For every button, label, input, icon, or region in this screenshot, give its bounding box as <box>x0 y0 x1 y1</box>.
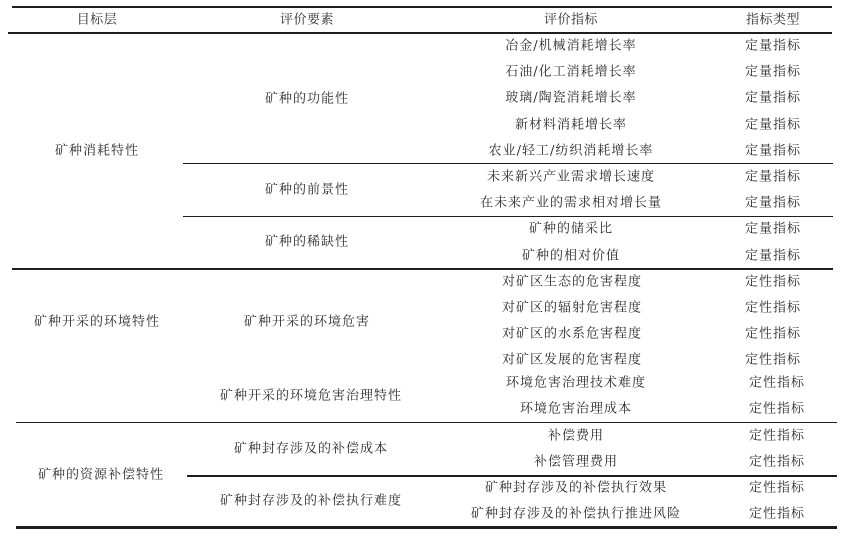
indicator-cell: 对矿区生态的危害程度 <box>502 276 642 289</box>
group-divider <box>12 268 833 270</box>
element-divider <box>183 163 833 164</box>
element-cell: 矿种的稀缺性 <box>265 236 349 249</box>
type-cell: 定量指标 <box>745 250 801 263</box>
element-cell: 矿种封存涉及的补偿成本 <box>234 443 388 456</box>
type-cell: 定量指标 <box>745 119 801 132</box>
indicator-cell: 石油/化工消耗增长率 <box>505 66 636 79</box>
header-indicator-type: 指标类型 <box>746 14 800 27</box>
header-evaluation-element: 评价要素 <box>280 14 334 27</box>
indicator-cell: 农业/轻工/纺织消耗增长率 <box>489 145 654 158</box>
type-cell: 定量指标 <box>745 145 801 158</box>
type-cell: 定性指标 <box>745 302 801 315</box>
type-cell: 定性指标 <box>749 456 805 469</box>
type-cell: 定性指标 <box>749 482 805 495</box>
group-divider <box>16 422 837 423</box>
indicator-cell: 补偿费用 <box>548 430 604 443</box>
type-cell: 定量指标 <box>745 171 801 184</box>
type-cell: 定性指标 <box>749 377 805 390</box>
target-cell: 矿种开采的环境特性 <box>34 316 160 329</box>
indicator-cell: 对矿区的辐射危害程度 <box>502 302 642 315</box>
header-target-layer: 目标层 <box>77 14 118 27</box>
header-evaluation-indicator: 评价指标 <box>544 14 598 27</box>
indicator-cell: 玻璃/陶瓷消耗增长率 <box>505 92 636 105</box>
element-cell: 矿种开采的环境危害 <box>244 316 370 329</box>
indicator-cell: 冶金/机械消耗增长率 <box>505 40 636 53</box>
element-cell: 矿种的功能性 <box>265 93 349 106</box>
type-cell: 定量指标 <box>745 66 801 79</box>
indicator-cell: 环境危害治理成本 <box>520 403 632 416</box>
indicator-cell: 矿种的储采比 <box>529 223 613 236</box>
indicator-cell: 对矿区发展的危害程度 <box>502 354 642 367</box>
type-cell: 定性指标 <box>745 276 801 289</box>
type-cell: 定性指标 <box>745 354 801 367</box>
type-cell: 定量指标 <box>745 197 801 210</box>
indicator-cell: 补偿管理费用 <box>534 456 618 469</box>
indicator-cell: 矿种的相对价值 <box>522 250 620 263</box>
indicator-cell: 矿种封存涉及的补偿执行推进风险 <box>471 508 681 521</box>
indicator-cell: 在未来产业的需求相对增长量 <box>480 197 662 210</box>
indicator-cell: 未来新兴产业需求增长速度 <box>487 171 655 184</box>
element-cell: 矿种开采的环境危害治理特性 <box>220 390 402 403</box>
element-cell: 矿种的前景性 <box>265 184 349 197</box>
element-cell: 矿种封存涉及的补偿执行难度 <box>220 495 402 508</box>
element-divider <box>187 475 837 477</box>
type-cell: 定性指标 <box>749 508 805 521</box>
indicator-cell: 矿种封存涉及的补偿执行效果 <box>485 482 667 495</box>
type-cell: 定性指标 <box>749 430 805 443</box>
target-cell: 矿种的资源补偿特性 <box>38 469 164 482</box>
type-cell: 定性指标 <box>745 328 801 341</box>
table-bottom-rule <box>16 526 837 529</box>
type-cell: 定量指标 <box>745 92 801 105</box>
target-cell: 矿种消耗特性 <box>55 145 139 158</box>
type-cell: 定量指标 <box>745 223 801 236</box>
type-cell: 定量指标 <box>745 40 801 53</box>
table-top-rule <box>12 6 832 8</box>
indicator-cell: 环境危害治理技术难度 <box>506 377 646 390</box>
indicator-cell: 新材料消耗增长率 <box>515 119 627 132</box>
header-bottom-rule <box>8 32 832 34</box>
element-divider <box>183 216 833 217</box>
indicator-cell: 对矿区的水系危害程度 <box>502 328 642 341</box>
type-cell: 定性指标 <box>749 403 805 416</box>
